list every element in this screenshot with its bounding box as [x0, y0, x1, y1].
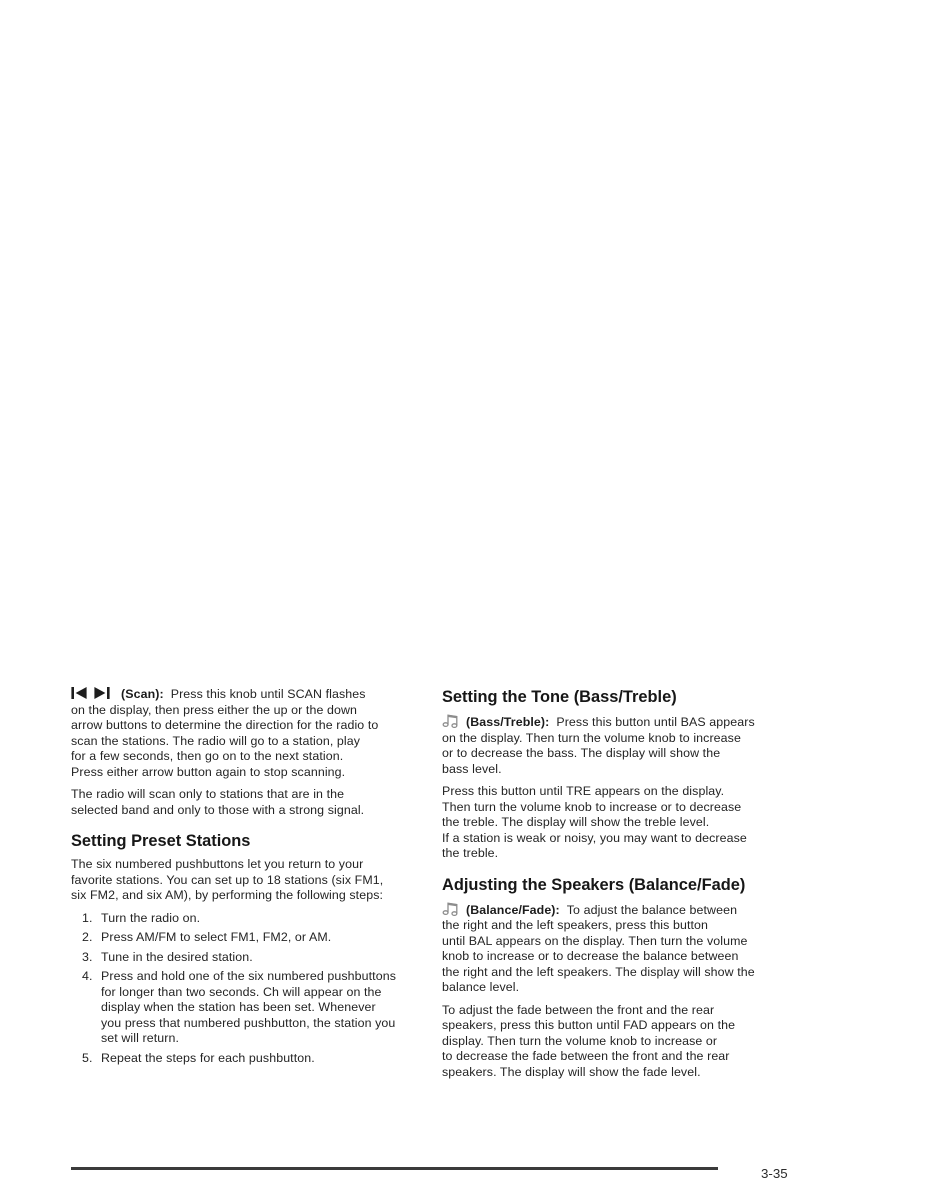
step-text: Repeat the steps for each pushbutton. [101, 1051, 315, 1067]
fade-paragraph: To adjust the fade between the front and… [442, 1003, 830, 1081]
list-item: 1.Turn the radio on. [82, 911, 433, 927]
left-column: (Scan):Press this knob until SCAN flashe… [71, 687, 433, 1070]
scan-text: Press this knob until SCAN flashes on th… [71, 687, 378, 779]
music-notes-icon [442, 713, 459, 728]
step-text: Tune in the desired station. [101, 950, 253, 966]
list-item: 5.Repeat the steps for each pushbutton. [82, 1051, 433, 1067]
bass-treble-label: (Bass/Treble): [466, 715, 549, 729]
step-number: 4. [82, 969, 101, 1047]
step-text: Press AM/FM to select FM1, FM2, or AM. [101, 930, 331, 946]
list-item: 3.Tune in the desired station. [82, 950, 433, 966]
balance-fade-paragraph: (Balance/Fade):To adjust the balance bet… [442, 901, 830, 996]
preset-intro: The six numbered pushbuttons let you ret… [71, 857, 433, 904]
tone-heading: Setting the Tone (Bass/Treble) [442, 687, 830, 707]
step-number: 1. [82, 911, 101, 927]
scan-note: The radio will scan only to stations tha… [71, 787, 433, 818]
preset-steps-list: 1.Turn the radio on. 2.Press AM/FM to se… [71, 911, 433, 1067]
speakers-heading: Adjusting the Speakers (Balance/Fade) [442, 875, 830, 895]
step-number: 3. [82, 950, 101, 966]
seek-icons [71, 687, 117, 701]
next-track-icon [94, 687, 110, 699]
right-column: Setting the Tone (Bass/Treble) (Bass/Tre… [442, 687, 830, 1087]
preset-stations-heading: Setting Preset Stations [71, 831, 433, 851]
list-item: 2.Press AM/FM to select FM1, FM2, or AM. [82, 930, 433, 946]
manual-page: (Scan):Press this knob until SCAN flashe… [0, 0, 927, 1200]
footer-rule [71, 1167, 718, 1170]
step-text: Turn the radio on. [101, 911, 200, 927]
music-notes-icon [442, 901, 459, 916]
treble-paragraph: Press this button until TRE appears on t… [442, 784, 830, 862]
balance-fade-label: (Balance/Fade): [466, 903, 560, 917]
prev-track-icon [71, 687, 87, 699]
step-number: 5. [82, 1051, 101, 1067]
step-text: Press and hold one of the six numbered p… [101, 969, 396, 1047]
scan-paragraph: (Scan):Press this knob until SCAN flashe… [71, 687, 433, 780]
list-item: 4.Press and hold one of the six numbered… [82, 969, 433, 1047]
page-number: 3-35 [761, 1166, 788, 1181]
scan-label: (Scan): [121, 687, 164, 701]
bass-treble-paragraph: (Bass/Treble):Press this button until BA… [442, 713, 830, 777]
step-number: 2. [82, 930, 101, 946]
